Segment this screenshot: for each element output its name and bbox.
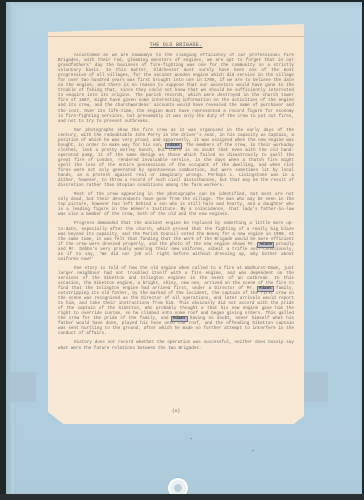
page-number: (x) <box>48 409 304 414</box>
highlighted-name: Adams <box>258 287 273 291</box>
highlighted-name: Adams <box>172 317 187 321</box>
bottom-edge <box>0 494 364 500</box>
highlighted-name: Adams <box>258 243 273 247</box>
tape-right <box>300 372 328 402</box>
speck <box>190 438 192 439</box>
document-title: THE OLD BRIGADE. <box>48 42 304 48</box>
paragraph: Accustomed as we are nowadays to the cla… <box>58 54 294 125</box>
paper-fold-line <box>48 36 304 37</box>
paragraph: Progress demanded that the ancient engin… <box>58 222 294 262</box>
tape-left <box>6 372 36 402</box>
typewritten-page: THE OLD BRIGADE. Accustomed as we are no… <box>48 24 304 424</box>
board-edge <box>6 2 14 496</box>
paragraph: Our photographs show the fire crew as it… <box>58 129 294 190</box>
paragraph-text: Our photographs show the fire crew as it… <box>58 129 294 189</box>
document-body: Accustomed as we are nowadays to the cla… <box>58 54 294 356</box>
paragraph: Most of the crew appearing in the photog… <box>58 193 294 218</box>
speck <box>252 450 254 451</box>
paragraph: One story is told of how the old engine … <box>58 267 294 338</box>
highlighted-name: Adams <box>166 144 181 148</box>
paragraph: History does not record whether the oper… <box>58 341 294 351</box>
